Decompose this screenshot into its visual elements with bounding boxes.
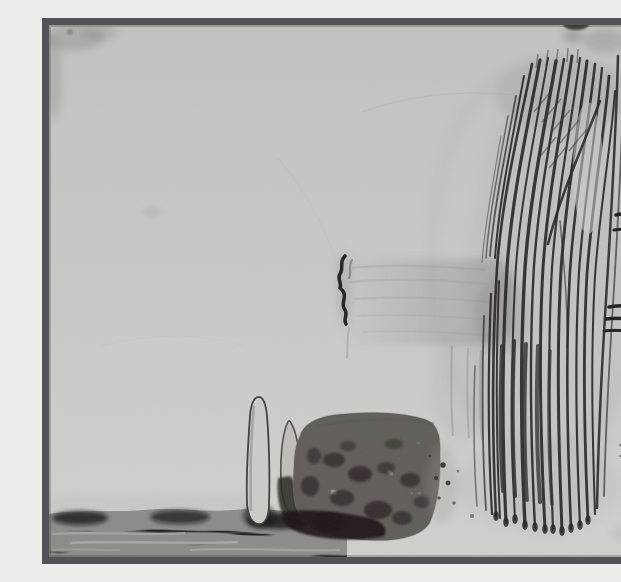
artwork: [40, 16, 621, 566]
paper-grain: [49, 25, 621, 557]
